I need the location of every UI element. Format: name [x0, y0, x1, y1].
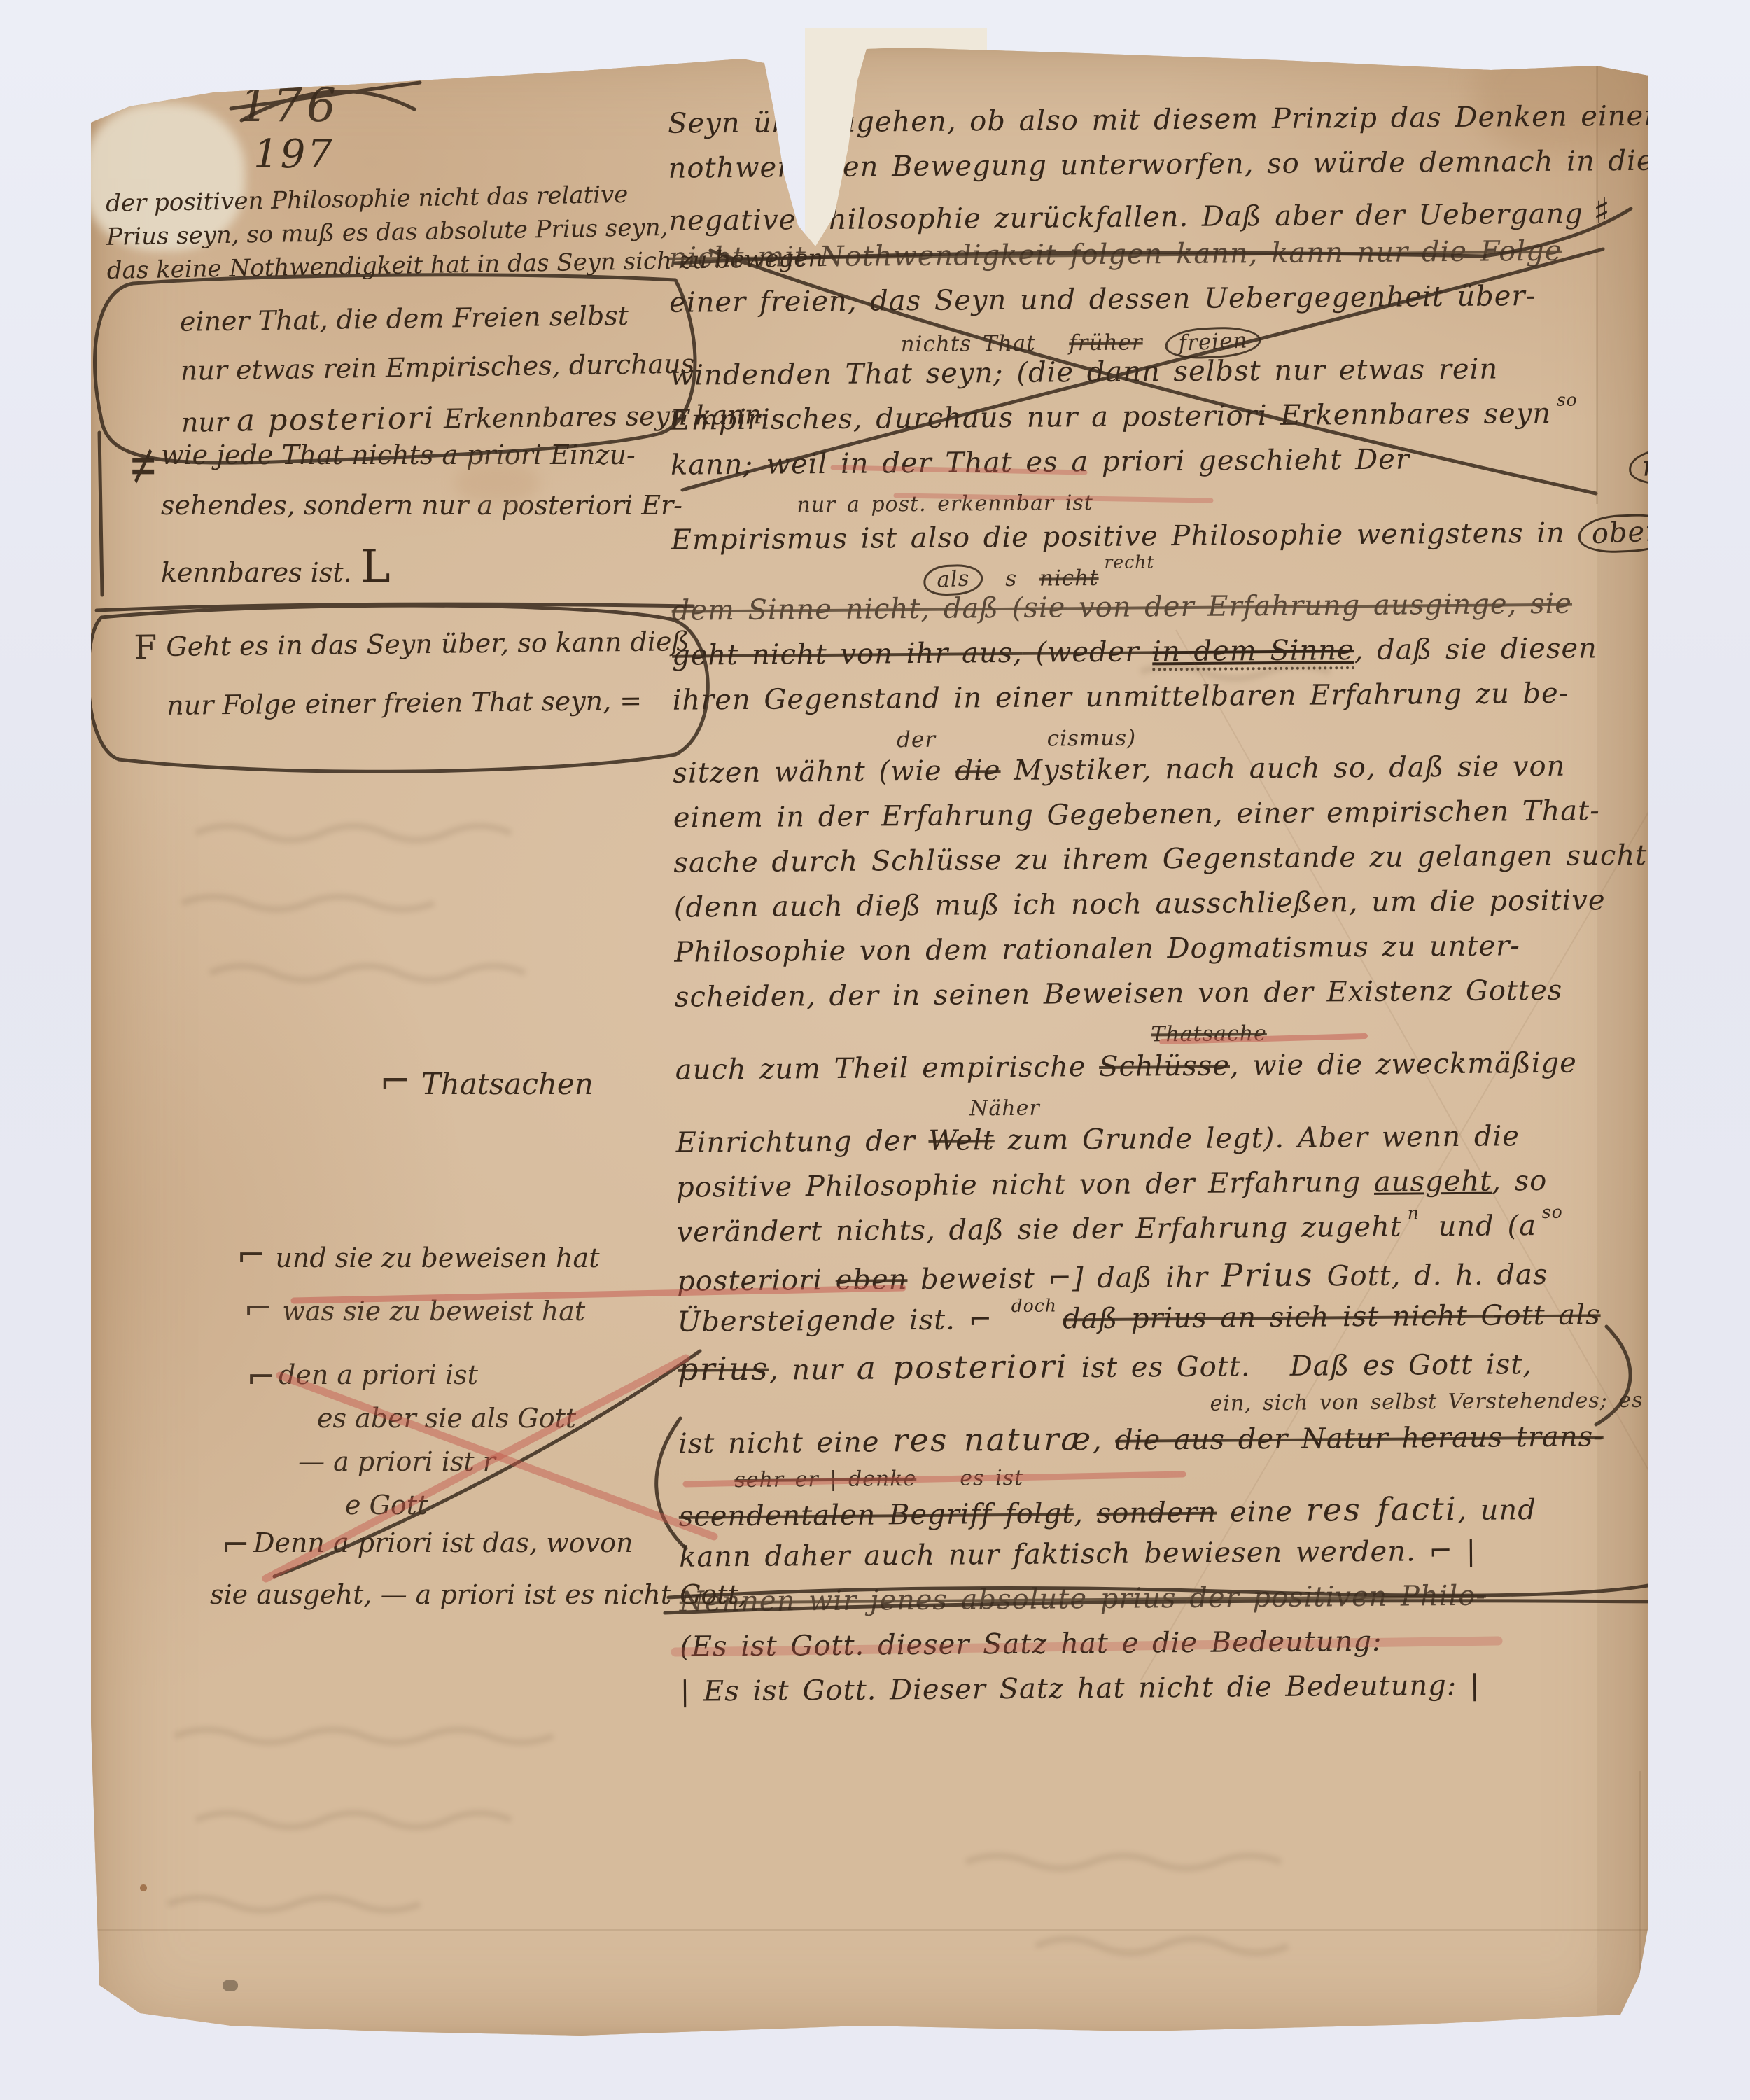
- manuscript-page: 176 197 ♯ der positiven Philosophie nich…: [91, 42, 1648, 2040]
- stain: [455, 462, 539, 504]
- ghost-strokes: [91, 42, 1648, 2040]
- crease-line: [91, 1929, 1648, 1931]
- crease-line: [1596, 42, 1598, 504]
- rust-fleck: [140, 1884, 147, 1891]
- ink-blot: [848, 2043, 879, 2058]
- ink-blot: [223, 1980, 238, 1991]
- scanned-manuscript-backdrop: 176 197 ♯ der positiven Philosophie nich…: [0, 0, 1750, 2100]
- crease-line: [1639, 1771, 1641, 2002]
- bleed-through-writing: [91, 42, 1648, 2043]
- insertion-mark: ♯: [73, 187, 89, 223]
